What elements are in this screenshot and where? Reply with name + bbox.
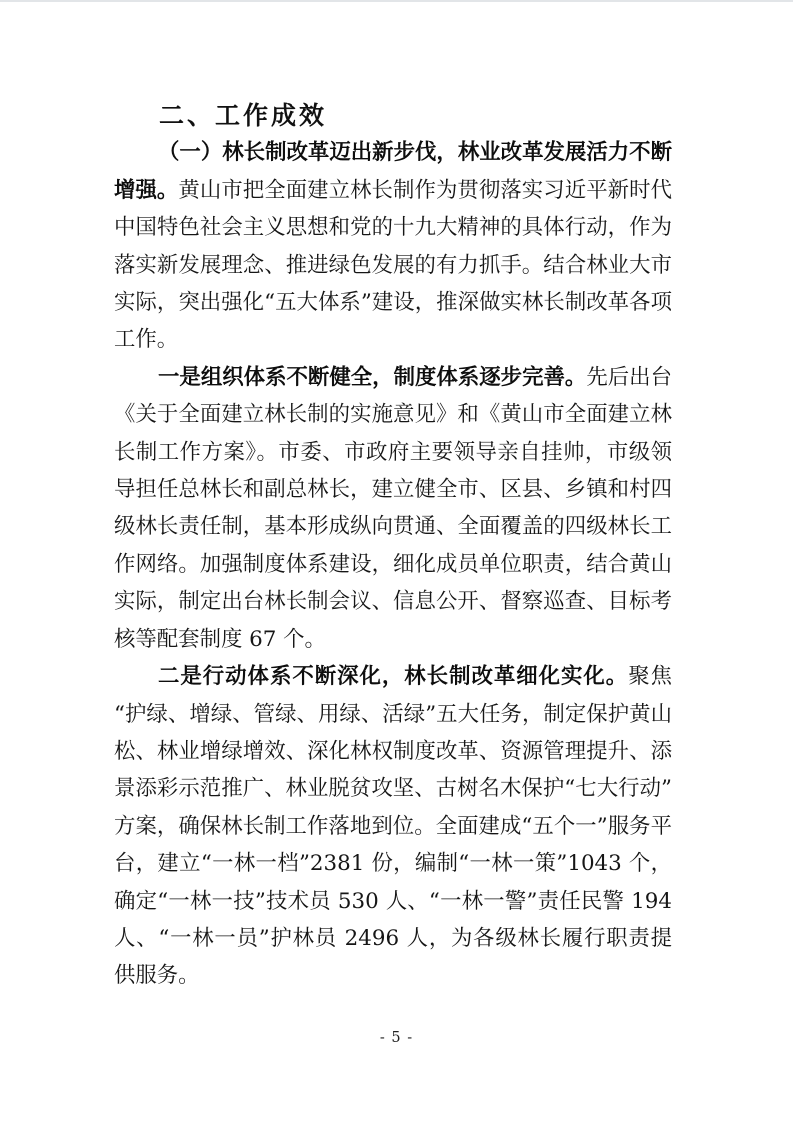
- paragraph-lead-bold: 二是行动体系不断深化，林长制改革细化实化。: [158, 664, 628, 689]
- paragraph-body-text: 聚焦“护绿、增绿、管绿、用绿、活绿”五大任务，制定保护黄山松、林业增绿增效、深化…: [114, 664, 672, 988]
- paragraph-body-text: 先后出台《关于全面建立林长制的实施意见》和《黄山市全面建立林长制工作方案》。市委…: [114, 365, 672, 652]
- page-edge-line: [0, 0, 793, 2]
- paragraph: 一是组织体系不断健全，制度体系逐步完善。先后出台《关于全面建立林长制的实施意见》…: [114, 359, 672, 658]
- page-number: - 5 -: [0, 1030, 793, 1046]
- paragraph-body-text: 黄山市把全面建立林长制作为贯彻落实习近平新时代中国特色社会主义思想和党的十九大精…: [114, 178, 672, 353]
- section-heading: 二、工作成效: [114, 97, 672, 134]
- paragraph: 二是行动体系不断深化，林长制改革细化实化。聚焦“护绿、增绿、管绿、用绿、活绿”五…: [114, 658, 672, 995]
- document-page: 二、工作成效 （一）林长制改革迈出新步伐，林业改革发展活力不断增强。黄山市把全面…: [0, 0, 793, 1122]
- document-content: 二、工作成效 （一）林长制改革迈出新步伐，林业改革发展活力不断增强。黄山市把全面…: [114, 97, 672, 995]
- paragraph-lead-bold: 一是组织体系不断健全，制度体系逐步完善。: [158, 365, 586, 390]
- paragraph: （一）林长制改革迈出新步伐，林业改革发展活力不断增强。黄山市把全面建立林长制作为…: [114, 134, 672, 358]
